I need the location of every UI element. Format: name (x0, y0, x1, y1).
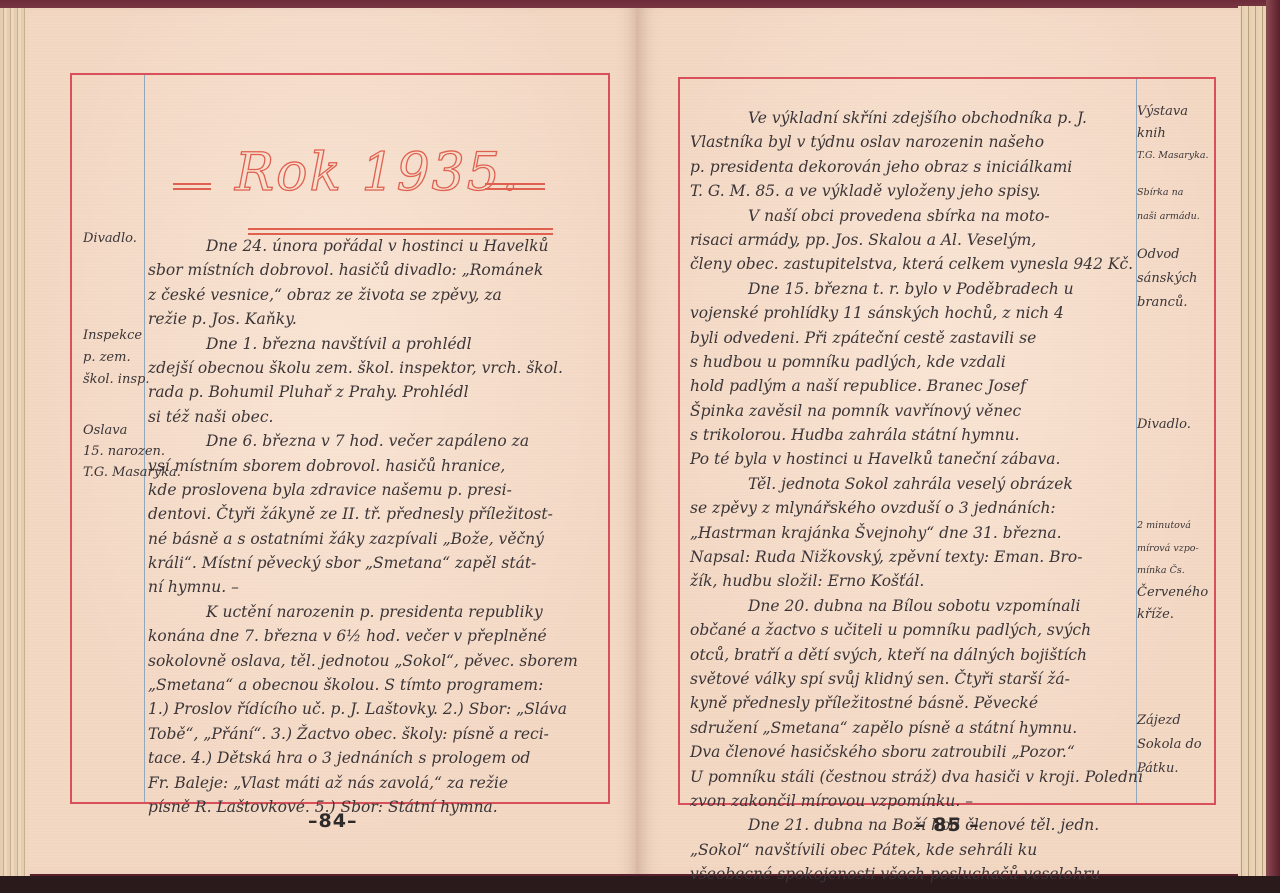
handwritten-line: ní hymnu. – (148, 575, 578, 599)
handwritten-line: režie p. Jos. Kaňky. (148, 307, 578, 331)
handwritten-line: K uctění narozenin p. presidenta republi… (148, 600, 578, 624)
handwritten-line: žík, hudbu složil: Erno Košťál. (690, 569, 1143, 593)
handwritten-line: 1.) Proslov řídícího uč. p. J. Laštovky.… (148, 697, 578, 721)
handwritten-line: Ve výkladní skříni zdejšího obchodníka p… (690, 106, 1143, 130)
left-page: Rok 1935. Divadlo.Inspekcep. zem.škol. i… (28, 8, 638, 874)
handwritten-line: tace. 4.) Dětská hra o 3 jednáních s pro… (148, 746, 578, 770)
handwritten-line: V naší obci provedena sbírka na moto- (690, 204, 1143, 228)
handwritten-line: byli odvedeni. Při zpáteční cestě zastav… (690, 326, 1143, 350)
handwritten-line: Vlastníka byl v týdnu oslav narozenin na… (690, 130, 1143, 154)
handwritten-line: Napsal: Ruda Nižkovský, zpěvní texty: Em… (690, 545, 1143, 569)
handwritten-line: sokolovně oslava, těl. jednotou „Sokol“,… (148, 649, 578, 673)
page-number-84: –84– (308, 810, 357, 832)
margin-note: Výstava (1137, 101, 1188, 123)
handwritten-entries-left: Dne 24. února pořádal v hostinci u Havel… (148, 234, 578, 819)
handwritten-line: králi“. Místní pěvecký sbor „Smetana“ za… (148, 551, 578, 575)
handwritten-line: „Sokol“ navštívili obec Pátek, kde sehrá… (690, 838, 1143, 862)
handwritten-line: U pomníku stáli (čestnou stráž) dva hasi… (690, 765, 1143, 789)
title-right-dash (485, 183, 545, 190)
margin-note: Červeného (1137, 582, 1208, 604)
handwritten-line: s trikolorou. Hudba zahrála státní hymnu… (690, 423, 1143, 447)
margin-note: Zájezd (1137, 710, 1181, 732)
handwritten-line: z české vesnice,“ obraz ze života se zpě… (148, 283, 578, 307)
handwritten-line: Dne 6. března v 7 hod. večer zapáleno za (148, 429, 578, 453)
handwritten-line: Dne 20. dubna na Bílou sobotu vzpomínali (690, 594, 1143, 618)
margin-note: škol. insp. (83, 369, 149, 391)
margin-note: Sbírka na (1137, 182, 1183, 204)
handwritten-line: dentovi. Čtyři žákyně ze II. tř. přednes… (148, 502, 578, 526)
handwritten-line: Špinka zavěsil na pomník vavřínový věnec (690, 399, 1143, 423)
margin-note: T.G. Masaryka. (1137, 145, 1209, 167)
margin-note: Odvod (1137, 244, 1179, 266)
handwritten-line: p. presidenta dekorován jeho obraz s ini… (690, 155, 1143, 179)
handwritten-line: zvon zakončil mírovou vzpomínku. – (690, 789, 1143, 813)
handwritten-line: rada p. Bohumil Pluhař z Prahy. Prohlédl (148, 380, 578, 404)
margin-note: 2 minutová (1137, 515, 1191, 537)
handwritten-line: všeobecné spokojenosti všech posluchačů … (690, 862, 1143, 886)
handwritten-line: Fr. Baleje: „Vlast máti až nás zavolá,“ … (148, 771, 578, 795)
handwritten-line: vsí místním sborem dobrovol. hasičů hran… (148, 454, 578, 478)
handwritten-line: T. G. M. 85. a ve výkladě vyloženy jeho … (690, 179, 1143, 203)
book-cover-right-edge (1266, 0, 1280, 893)
margin-note: Pátku. (1137, 758, 1179, 780)
handwritten-line: písně R. Laštovkové. 5.) Sbor: Státní hy… (148, 795, 578, 819)
margin-note: Oslava (83, 420, 127, 442)
handwritten-line: Po té byla v hostinci u Havelků taneční … (690, 447, 1143, 471)
handwritten-line: se zpěvy z mlynářského ovzduší o 3 jedná… (690, 496, 1143, 520)
handwritten-line: s hudbou u pomníku padlých, kde vzdali (690, 350, 1143, 374)
margin-note: mírová vzpo- (1137, 538, 1199, 560)
handwritten-line: Tobě“, „Přání“. 3.) Žactvo obec. školy: … (148, 722, 578, 746)
right-page: VýstavaknihT.G. Masaryka.Sbírka nanaši a… (638, 8, 1240, 874)
margin-note: Divadlo. (1137, 414, 1191, 436)
handwritten-line: né básně a s ostatními žáky zazpívali „B… (148, 527, 578, 551)
handwritten-line: Dne 1. března navštívil a prohlédl (148, 332, 578, 356)
handwritten-line: otců, bratří a dětí svých, kteří na dáln… (690, 643, 1143, 667)
handwritten-line: sdružení „Smetana“ zapělo písně a státní… (690, 716, 1143, 740)
handwritten-line: risaci armády, pp. Jos. Skalou a Al. Ves… (690, 228, 1143, 252)
handwritten-line: Dne 15. března t. r. bylo v Poděbradech … (690, 277, 1143, 301)
margin-note: p. zem. (83, 347, 131, 369)
handwritten-line: Dva členové hasičského sboru zatroubili … (690, 740, 1143, 764)
margin-note: mínka Čs. (1137, 560, 1185, 582)
title-left-dash (173, 183, 211, 190)
margin-note: Sokola do (1137, 734, 1202, 756)
handwritten-line: členy obec. zastupitelstva, která celkem… (690, 252, 1143, 276)
chronicle-year-heading: Rok 1935. (173, 143, 653, 213)
handwritten-line: si též naši obec. (148, 405, 578, 429)
handwritten-line: občané a žactvo s učiteli u pomníku padl… (690, 618, 1143, 642)
handwritten-line: kyně přednesly příležitostné básně. Pěve… (690, 691, 1143, 715)
margin-note: naši armádu. (1137, 206, 1200, 228)
handwritten-line: konána dne 7. března v 6½ hod. večer v p… (148, 624, 578, 648)
margin-note: Divadlo. (83, 228, 137, 250)
handwritten-line: kde proslovena byla zdravice našemu p. p… (148, 478, 578, 502)
handwritten-entries-right: Ve výkladní skříni zdejšího obchodníka p… (690, 106, 1143, 887)
handwritten-line: „Hastrman krajánka Švejnohy“ dne 31. bře… (690, 521, 1143, 545)
margin-note: sánských (1137, 268, 1197, 290)
handwritten-line: světové války spí svůj klidný sen. Čtyři… (690, 667, 1143, 691)
page-number-85: – 85 – (915, 814, 980, 836)
page-stack-left (0, 8, 30, 876)
handwritten-line: Dne 24. února pořádal v hostinci u Havel… (148, 234, 578, 258)
handwritten-line: zdejší obecnou školu zem. škol. inspekto… (148, 356, 578, 380)
handwritten-line: Těl. jednota Sokol zahrála veselý obráze… (690, 472, 1143, 496)
page-stack-right (1238, 6, 1266, 876)
margin-rule (144, 75, 145, 802)
handwritten-line: vojenské prohlídky 11 sánských hochů, z … (690, 301, 1143, 325)
margin-note: branců. (1137, 292, 1187, 314)
page-title: Rok 1935. (235, 143, 520, 203)
margin-note: Inspekce (83, 325, 142, 347)
handwritten-line: „Smetana“ a obecnou školou. S tímto prog… (148, 673, 578, 697)
handwritten-line: sbor místních dobrovol. hasičů divadlo: … (148, 258, 578, 282)
handwritten-line: hold padlým a naší republice. Branec Jos… (690, 374, 1143, 398)
